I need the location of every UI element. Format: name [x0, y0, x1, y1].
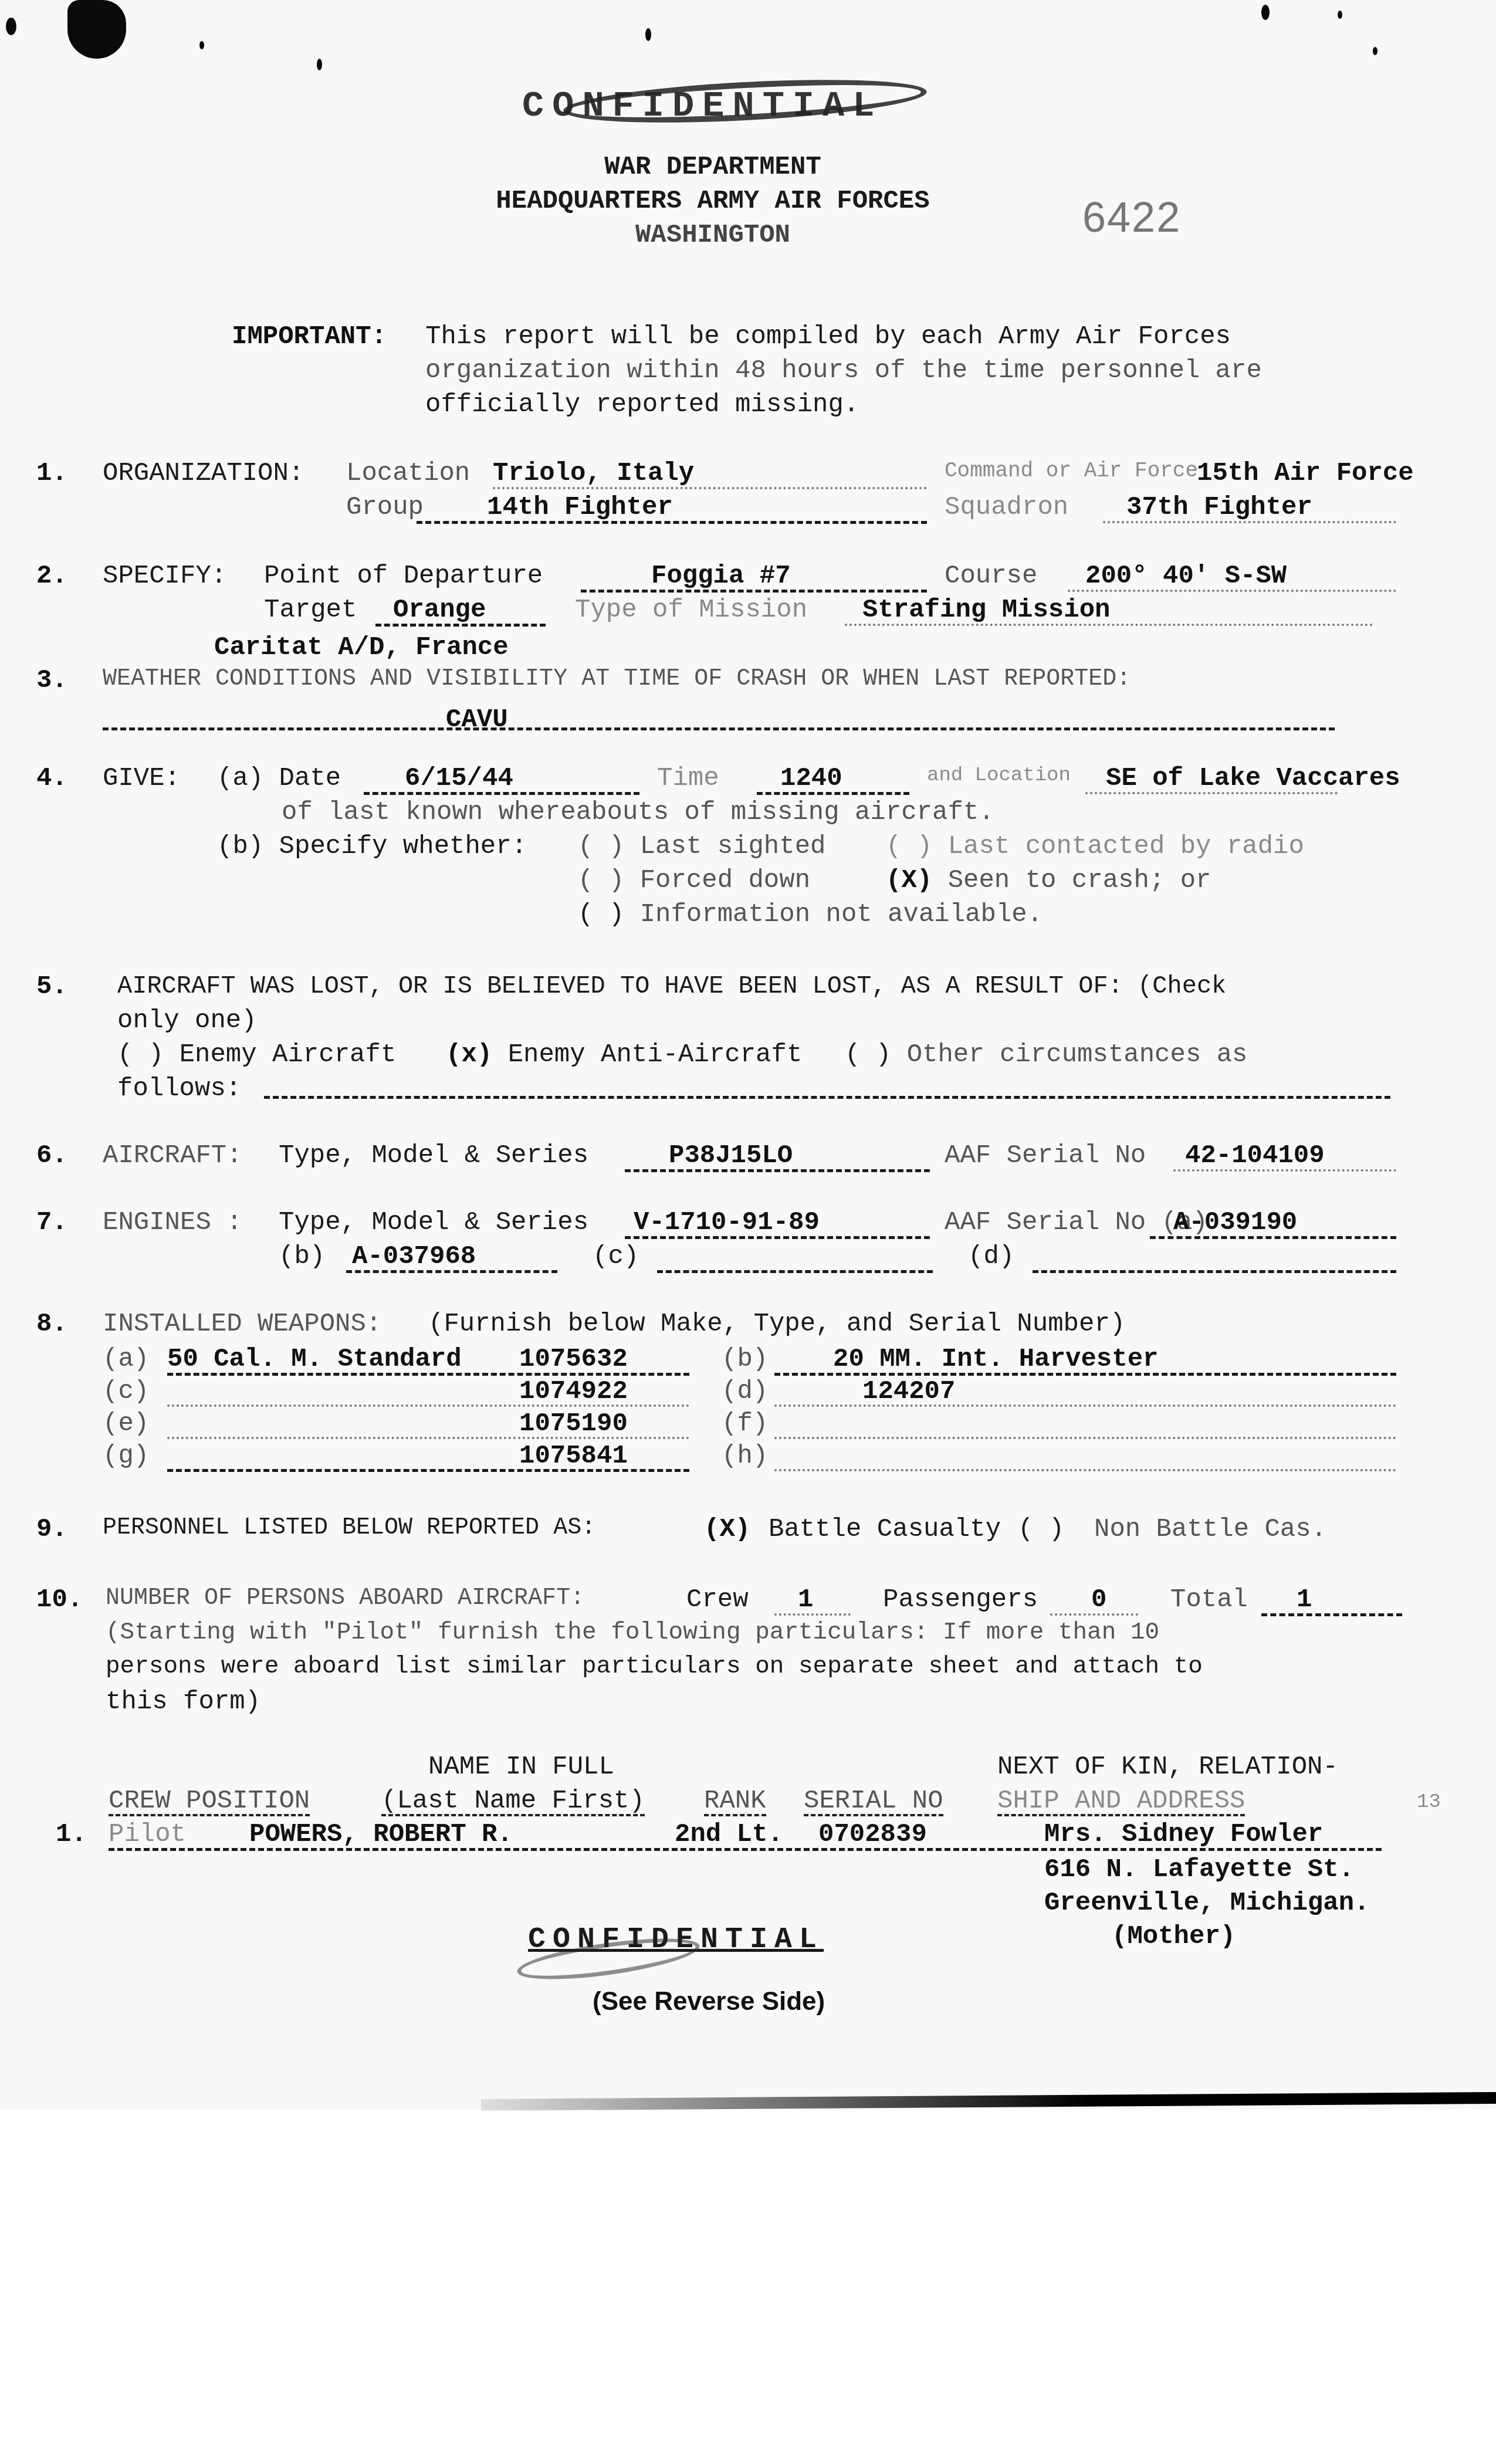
important-line-1: This report will be compiled by each Arm… — [425, 324, 1231, 350]
s4-opt-last-contacted: ( ) Last contacted by radio — [886, 834, 1304, 859]
s7-label: ENGINES : — [103, 1210, 242, 1236]
s3-line — [103, 727, 1335, 730]
s5-label-cont: only one) — [117, 1008, 257, 1034]
s4-b-label: (b) Specify whether: — [217, 834, 527, 859]
ink-speck — [1373, 47, 1377, 55]
s4-opt-forced-down: ( ) Forced down — [578, 868, 810, 893]
s7-c-label: (c) — [593, 1244, 639, 1270]
checkbox-mark: ( ) — [845, 1040, 891, 1069]
checkbox-mark: ( ) — [117, 1040, 164, 1069]
s3-label: WEATHER CONDITIONS AND VISIBILITY AT TIM… — [103, 668, 1131, 691]
document-page: CONFIDENTIAL WAR DEPARTMENT HEADQUARTERS… — [0, 0, 1496, 2109]
s2-course-label: Course — [945, 563, 1037, 589]
s10-total-line — [1261, 1613, 1402, 1616]
crew-header-serial: SERIAL NO — [804, 1788, 943, 1816]
s1-location-label: Location — [346, 461, 470, 486]
weapon-line — [774, 1437, 1396, 1439]
s7-serial-b: A-037968 — [352, 1244, 476, 1270]
s4-location-line — [1085, 792, 1338, 794]
s10-crew-value: 1 — [798, 1587, 813, 1613]
important-label: IMPORTANT: — [232, 324, 387, 350]
s4-a-label: (a) Date — [217, 766, 341, 791]
s7-serial-label: AAF Serial No (a) — [945, 1210, 1208, 1236]
s10-total-label: Total — [1170, 1587, 1248, 1613]
s8-num: 8. — [36, 1311, 67, 1337]
ink-speck — [6, 18, 16, 35]
crew-header-position: CREW POSITION — [109, 1788, 310, 1816]
s6-num: 6. — [36, 1143, 67, 1169]
weapon-line — [167, 1437, 689, 1439]
s5-label: AIRCRAFT WAS LOST, OR IS BELIEVED TO HAV… — [117, 974, 1226, 999]
city-title: WASHINGTON — [0, 221, 1461, 250]
s1-squadron-value: 37th Fighter — [1126, 495, 1312, 520]
s10-crew-line — [774, 1613, 851, 1616]
s7-d-label: (d) — [968, 1244, 1014, 1270]
s4-date-value: 6/15/44 — [405, 766, 513, 791]
s8-label: INSTALLED WEAPONS: — [103, 1311, 381, 1337]
s3-num: 3. — [36, 668, 67, 693]
weapon-letter: (f) — [722, 1411, 768, 1437]
s4-time-value: 1240 — [780, 766, 842, 791]
s7-serial-a: A-039190 — [1173, 1210, 1297, 1236]
s6-serial-label: AAF Serial No — [945, 1143, 1146, 1169]
important-line-3: officially reported missing. — [425, 392, 859, 418]
weapon-line — [167, 1404, 689, 1407]
weapon-serial: 1075841 — [519, 1443, 628, 1469]
s2-target-line — [375, 624, 546, 627]
weapon-serial: 1075190 — [519, 1411, 628, 1437]
page-bottom-edge — [481, 2092, 1496, 2111]
weapon-letter: (a) — [103, 1346, 149, 1372]
s4-label: GIVE: — [103, 766, 180, 791]
weapon-serial: 124207 — [862, 1379, 955, 1404]
ink-blot — [67, 0, 126, 59]
crew-row-kin-relation: (Mother) — [1112, 1924, 1236, 1949]
s4-opt-last-sighted: ( ) Last sighted — [578, 834, 825, 859]
weapon-letter: (e) — [103, 1411, 149, 1437]
s7-type-label: Type, Model & Series — [279, 1210, 588, 1236]
weapon-line — [774, 1469, 1396, 1471]
s9-label: PERSONNEL LISTED BELOW REPORTED AS: — [103, 1517, 595, 1540]
weapon-line — [774, 1373, 1396, 1376]
checkbox-mark: ( ) — [578, 832, 624, 861]
s2-departure-value: Foggia #7 — [651, 563, 791, 589]
department-title: WAR DEPARTMENT — [0, 153, 1461, 182]
s1-command-value: 15th Air Force — [1197, 461, 1414, 486]
s4-num: 4. — [36, 766, 67, 791]
s10-passengers-label: Passengers — [883, 1587, 1038, 1613]
s10-label: NUMBER OF PERSONS ABOARD AIRCRAFT: — [106, 1587, 584, 1610]
crew-row-kin-address-2: Greenville, Michigan. — [1044, 1890, 1370, 1916]
s4-opt-seen-crash: (X) Seen to crash; or — [886, 868, 1211, 893]
crew-row-position: Pilot — [109, 1822, 186, 1847]
important-line-2: organization within 48 hours of the time… — [425, 358, 1262, 384]
s6-serial-line — [1173, 1169, 1396, 1172]
s2-num: 2. — [36, 563, 67, 589]
ink-speck — [645, 28, 651, 41]
weapon-letter: (b) — [722, 1346, 768, 1372]
ink-speck — [1261, 5, 1270, 20]
s7-serial-b-line — [346, 1270, 557, 1273]
s1-num: 1. — [36, 461, 67, 486]
s9-non-battle-mark: ( ) — [1018, 1517, 1064, 1542]
weapon-letter: (c) — [103, 1379, 149, 1404]
s5-opt-enemy-aircraft: ( ) Enemy Aircraft — [117, 1042, 396, 1068]
checkbox-mark: ( ) — [578, 900, 624, 929]
s2-course-value: 200° 40' S-SW — [1085, 563, 1287, 589]
s2-target-value-2: Caritat A/D, France — [214, 635, 509, 661]
s2-departure-line — [581, 590, 927, 593]
s1-squadron-line — [1103, 521, 1396, 523]
s1-group-line — [417, 521, 927, 524]
s4-date-line — [364, 792, 639, 795]
weapon-letter: (g) — [103, 1443, 149, 1469]
s2-mission-value: Strafing Mission — [862, 597, 1110, 623]
s10-passengers-line — [1050, 1613, 1138, 1616]
s4-time-line — [757, 792, 909, 795]
weapon-line — [167, 1373, 689, 1376]
s10-note-1: (Starting with "Pilot" furnish the follo… — [106, 1621, 1159, 1645]
s2-mission-line — [845, 624, 1373, 626]
s7-type-line — [625, 1236, 930, 1239]
s2-departure-label: Point of Departure — [264, 563, 543, 589]
s7-serial-d-line — [1033, 1270, 1396, 1273]
crew-row-serial: 0702839 — [818, 1822, 927, 1847]
weapon-letter: (h) — [722, 1443, 768, 1469]
s8-instructions: (Furnish below Make, Type, and Serial Nu… — [428, 1311, 1125, 1337]
s7-b-label: (b) — [279, 1244, 325, 1270]
s7-num: 7. — [36, 1210, 67, 1236]
s1-location-line — [493, 487, 927, 489]
s10-total-value: 1 — [1297, 1587, 1312, 1613]
s2-target-label: Target — [264, 597, 357, 623]
crew-header-kin-top: NEXT OF KIN, RELATION- — [997, 1754, 1338, 1780]
checkbox-mark: ( ) — [886, 832, 932, 861]
crew-row-kin-address-1: 616 N. Lafayette St. — [1044, 1857, 1354, 1883]
s5-num: 5. — [36, 974, 67, 1000]
s2-target-value: Orange — [393, 597, 486, 623]
checkbox-mark-checked: (X) — [886, 866, 932, 895]
s6-label: AIRCRAFT: — [103, 1143, 242, 1169]
page-mark: 13 — [1417, 1792, 1441, 1812]
see-reverse-side-note: (See Reverse Side) — [593, 1989, 825, 2015]
weapon-serial: 1074922 — [519, 1379, 628, 1404]
s1-squadron-label: Squadron — [945, 495, 1068, 520]
checkbox-mark: ( ) — [578, 866, 624, 895]
s4-location-label: and Location — [927, 766, 1071, 786]
s2-course-line — [1068, 590, 1396, 592]
crew-row-num: 1. — [56, 1822, 87, 1847]
s1-label: ORGANIZATION: — [103, 461, 304, 486]
s4-location-value: SE of Lake Vaccares — [1106, 766, 1400, 791]
crew-row-rank: 2nd Lt. — [675, 1822, 783, 1847]
weapon-letter: (d) — [722, 1379, 768, 1404]
crew-header-name-top: NAME IN FULL — [428, 1754, 614, 1780]
crew-row-name: POWERS, ROBERT R. — [249, 1822, 513, 1847]
s9-non-battle-text: Non Battle Cas. — [1094, 1517, 1326, 1542]
ink-speck — [199, 41, 204, 49]
s10-passengers-value: 0 — [1091, 1587, 1106, 1613]
s4-time-label: Time — [657, 766, 719, 791]
crew-header-name: (Last Name First) — [381, 1788, 645, 1816]
s1-group-label: Group — [346, 495, 424, 520]
s10-note-2: persons were aboard list similar particu… — [106, 1655, 1203, 1679]
s10-crew-label: Crew — [686, 1587, 749, 1613]
s6-type-value: P38J15LO — [669, 1143, 793, 1169]
crew-header-kin: SHIP AND ADDRESS — [997, 1788, 1245, 1816]
weapon-line — [167, 1469, 689, 1472]
s7-serial-c-line — [657, 1270, 933, 1273]
s6-type-label: Type, Model & Series — [279, 1143, 588, 1169]
weapon-make: 50 Cal. M. Standard — [167, 1346, 462, 1372]
weapon-serial: 1075632 — [519, 1346, 628, 1372]
s9-battle-text: Battle Casualty — [769, 1517, 1001, 1542]
ink-speck — [317, 59, 322, 70]
s5-follows-line — [264, 1096, 1390, 1099]
s1-location-value: Triolo, Italy — [493, 461, 694, 486]
ink-speck — [1338, 11, 1342, 19]
s1-command-label: Command or Air Force — [945, 461, 1198, 482]
s9-num: 9. — [36, 1517, 67, 1542]
s6-serial-value: 42-104109 — [1185, 1143, 1325, 1169]
checkbox-mark-checked: (x) — [446, 1040, 492, 1069]
s5-opt-other: ( ) Other circumstances as — [845, 1042, 1248, 1068]
s9-battle-mark: (X) — [704, 1517, 750, 1542]
s4-opt-info-not-available: ( ) Information not available. — [578, 902, 1043, 928]
s1-group-value: 14th Fighter — [487, 495, 673, 520]
s6-type-line — [625, 1169, 930, 1172]
crew-row-kin-name: Mrs. Sidney Fowler — [1044, 1822, 1323, 1847]
s4-a-cont: of last known whereabouts of missing air… — [282, 800, 994, 825]
crew-header-rank: RANK — [704, 1788, 766, 1816]
s10-num: 10. — [36, 1587, 83, 1613]
s7-serial-a-line — [1150, 1236, 1396, 1239]
s2-label: SPECIFY: — [103, 563, 226, 589]
crew-row-line — [109, 1848, 1382, 1851]
weapon-make: 20 MM. Int. Harvester — [833, 1346, 1159, 1372]
s5-opt-enemy-aa: (x) Enemy Anti-Aircraft — [446, 1042, 802, 1068]
s7-type-value: V-1710-91-89 — [634, 1210, 820, 1236]
weapon-line — [774, 1404, 1396, 1407]
s2-mission-label: Type of Mission — [575, 597, 807, 623]
s5-follows: follows: — [117, 1076, 241, 1102]
s10-note-3: this form) — [106, 1689, 260, 1715]
report-number: 6422 — [1082, 194, 1181, 242]
headquarters-title: HEADQUARTERS ARMY AIR FORCES — [0, 187, 1461, 216]
